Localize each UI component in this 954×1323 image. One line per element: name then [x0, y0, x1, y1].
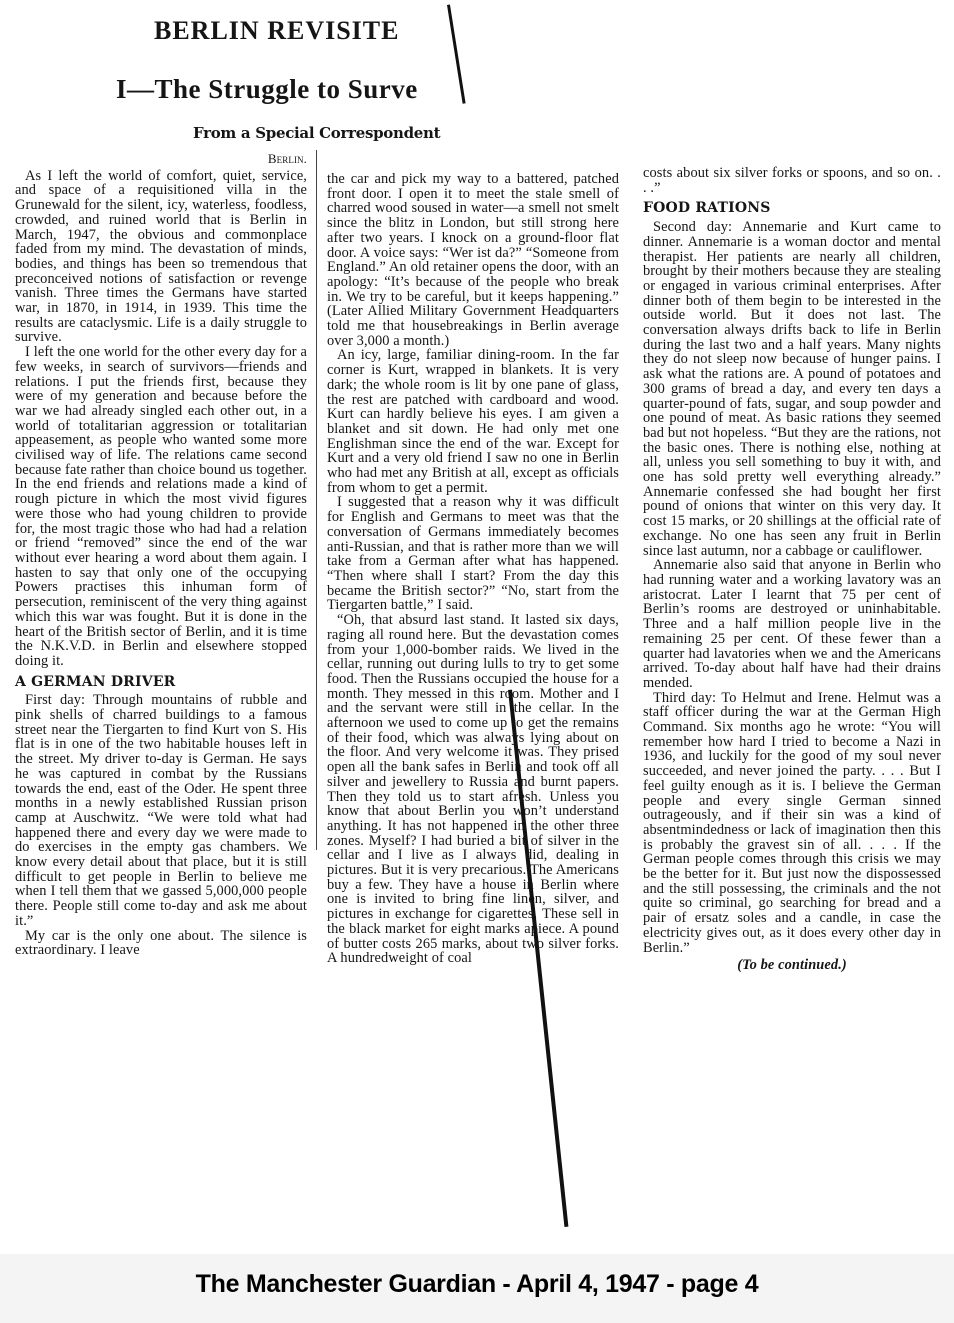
paragraph: First day: Through mountains of rubble a…: [15, 693, 307, 928]
paragraph: costs about six silver forks or spoons, …: [643, 166, 941, 195]
dateline: Berlin.: [15, 152, 307, 167]
newspaper-clipping: BERLIN REVISITE I—The Struggle to Surve …: [0, 0, 954, 1254]
article-column-1: Berlin. As I left the world of comfort, …: [15, 152, 307, 958]
paragraph: I left the one world for the other every…: [15, 345, 307, 668]
paragraph: Second day: Annemarie and Kurt came to d…: [643, 220, 941, 558]
source-caption: The Manchester Guardian - April 4, 1947 …: [0, 1254, 954, 1323]
section-heading: FOOD RATIONS: [643, 201, 941, 216]
subheadline: I—The Struggle to Surve: [116, 74, 418, 105]
headline-text: BERLIN REVISITE: [154, 16, 399, 46]
paragraph: “Oh, that absurd last stand. It lasted s…: [327, 613, 619, 966]
paragraph: the car and pick my way to a battered, p…: [327, 172, 619, 348]
section-heading: A GERMAN DRIVER: [15, 675, 307, 690]
article-column-2: the car and pick my way to a battered, p…: [327, 172, 619, 966]
paragraph: I suggested that a reason why it was dif…: [327, 495, 619, 613]
to-be-continued: (To be continued.): [643, 958, 941, 973]
byline: From a Special Correspondent: [193, 124, 440, 142]
headline: BERLIN REVISITE: [0, 10, 954, 60]
paragraph: As I left the world of comfort, quiet, s…: [15, 169, 307, 345]
paragraph: Annemarie also said that anyone in Berli…: [643, 558, 941, 690]
paragraph: An icy, large, familiar dining-room. In …: [327, 348, 619, 495]
article-column-3: costs about six silver forks or spoons, …: [643, 166, 941, 973]
caption-text: The Manchester Guardian - April 4, 1947 …: [196, 1270, 759, 1299]
column-divider: [316, 150, 317, 850]
paragraph: My car is the only one about. The silenc…: [15, 929, 307, 958]
paragraph: Third day: To Helmut and Irene. Helmut w…: [643, 691, 941, 956]
